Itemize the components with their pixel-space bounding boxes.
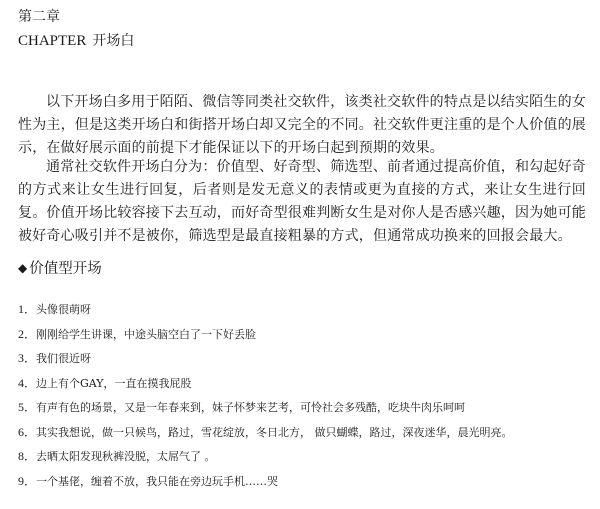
list-item: 4．边上有个GAY，一直在摸我屁股 (18, 376, 513, 401)
item-number: 5． (18, 400, 36, 414)
item-text: 头像很萌呀 (36, 303, 91, 316)
types-paragraph: 通常社交软件开场白分为：价值型、好奇型、筛选型、前者通过提高价值，和勾起好奇的方… (18, 156, 586, 248)
item-number: 2． (18, 327, 36, 341)
item-text: 我们很近呀 (36, 352, 91, 365)
item-text: 去晒太阳发现秋裤没脱，太屌气了 。 (36, 450, 216, 463)
section-title: 价值型开场 (29, 261, 102, 277)
item-number: 9． (18, 474, 36, 488)
item-text: 一个基佬，缠着不放，我只能在旁边玩手机……哭 (36, 475, 278, 488)
list-item: 5．有声有色的场景，又是一年春来到，妹子怀梦来艺考，可怜社会多残酷，吃块牛肉乐呵… (18, 400, 513, 425)
chapter-title-en: CHAPTER (18, 33, 86, 49)
list-item: 6．其实我想说，做一只候鸟，路过，雪花绽放，冬日北方， 做只蝴蝶，路过，深夜迷华… (18, 425, 513, 450)
item-number: 8． (18, 449, 36, 463)
opener-list: 1．头像很萌呀 2．刚刚给学生讲课，中途头脑空白了一下好丢脸 3．我们很近呀 4… (18, 302, 513, 498)
item-number: 3． (18, 351, 36, 365)
chapter-title-cn: 开场白 (92, 33, 134, 49)
item-text: 有声有色的场景，又是一年春来到，妹子怀梦来艺考，可怜社会多残酷，吃块牛肉乐呵呵 (36, 401, 465, 414)
item-number: 1． (18, 302, 36, 316)
item-text: 边上有个GAY，一直在摸我屁股 (36, 377, 192, 390)
chapter-title: CHAPTER开场白 (18, 32, 134, 50)
item-number: 6． (18, 425, 36, 439)
chapter-number: 第二章 (18, 8, 60, 26)
item-text: 刚刚给学生讲课，中途头脑空白了一下好丢脸 (36, 328, 256, 341)
item-number: 4． (18, 376, 36, 390)
list-item: 3．我们很近呀 (18, 351, 513, 376)
list-item: 2．刚刚给学生讲课，中途头脑空白了一下好丢脸 (18, 327, 513, 352)
list-item: 9．一个基佬，缠着不放，我只能在旁边玩手机……哭 (18, 474, 513, 499)
diamond-bullet-icon: ◆ (18, 258, 27, 278)
section-heading: ◆价值型开场 (18, 258, 102, 279)
intro-paragraph: 以下开场白多用于陌陌、微信等同类社交软件，该类社交软件的特点是以结实陌生的女性为… (18, 91, 586, 160)
item-text: 其实我想说，做一只候鸟，路过，雪花绽放，冬日北方， 做只蝴蝶，路过，深夜迷华，晨… (36, 426, 513, 439)
list-item: 1．头像很萌呀 (18, 302, 513, 327)
list-item: 8．去晒太阳发现秋裤没脱，太屌气了 。 (18, 449, 513, 474)
